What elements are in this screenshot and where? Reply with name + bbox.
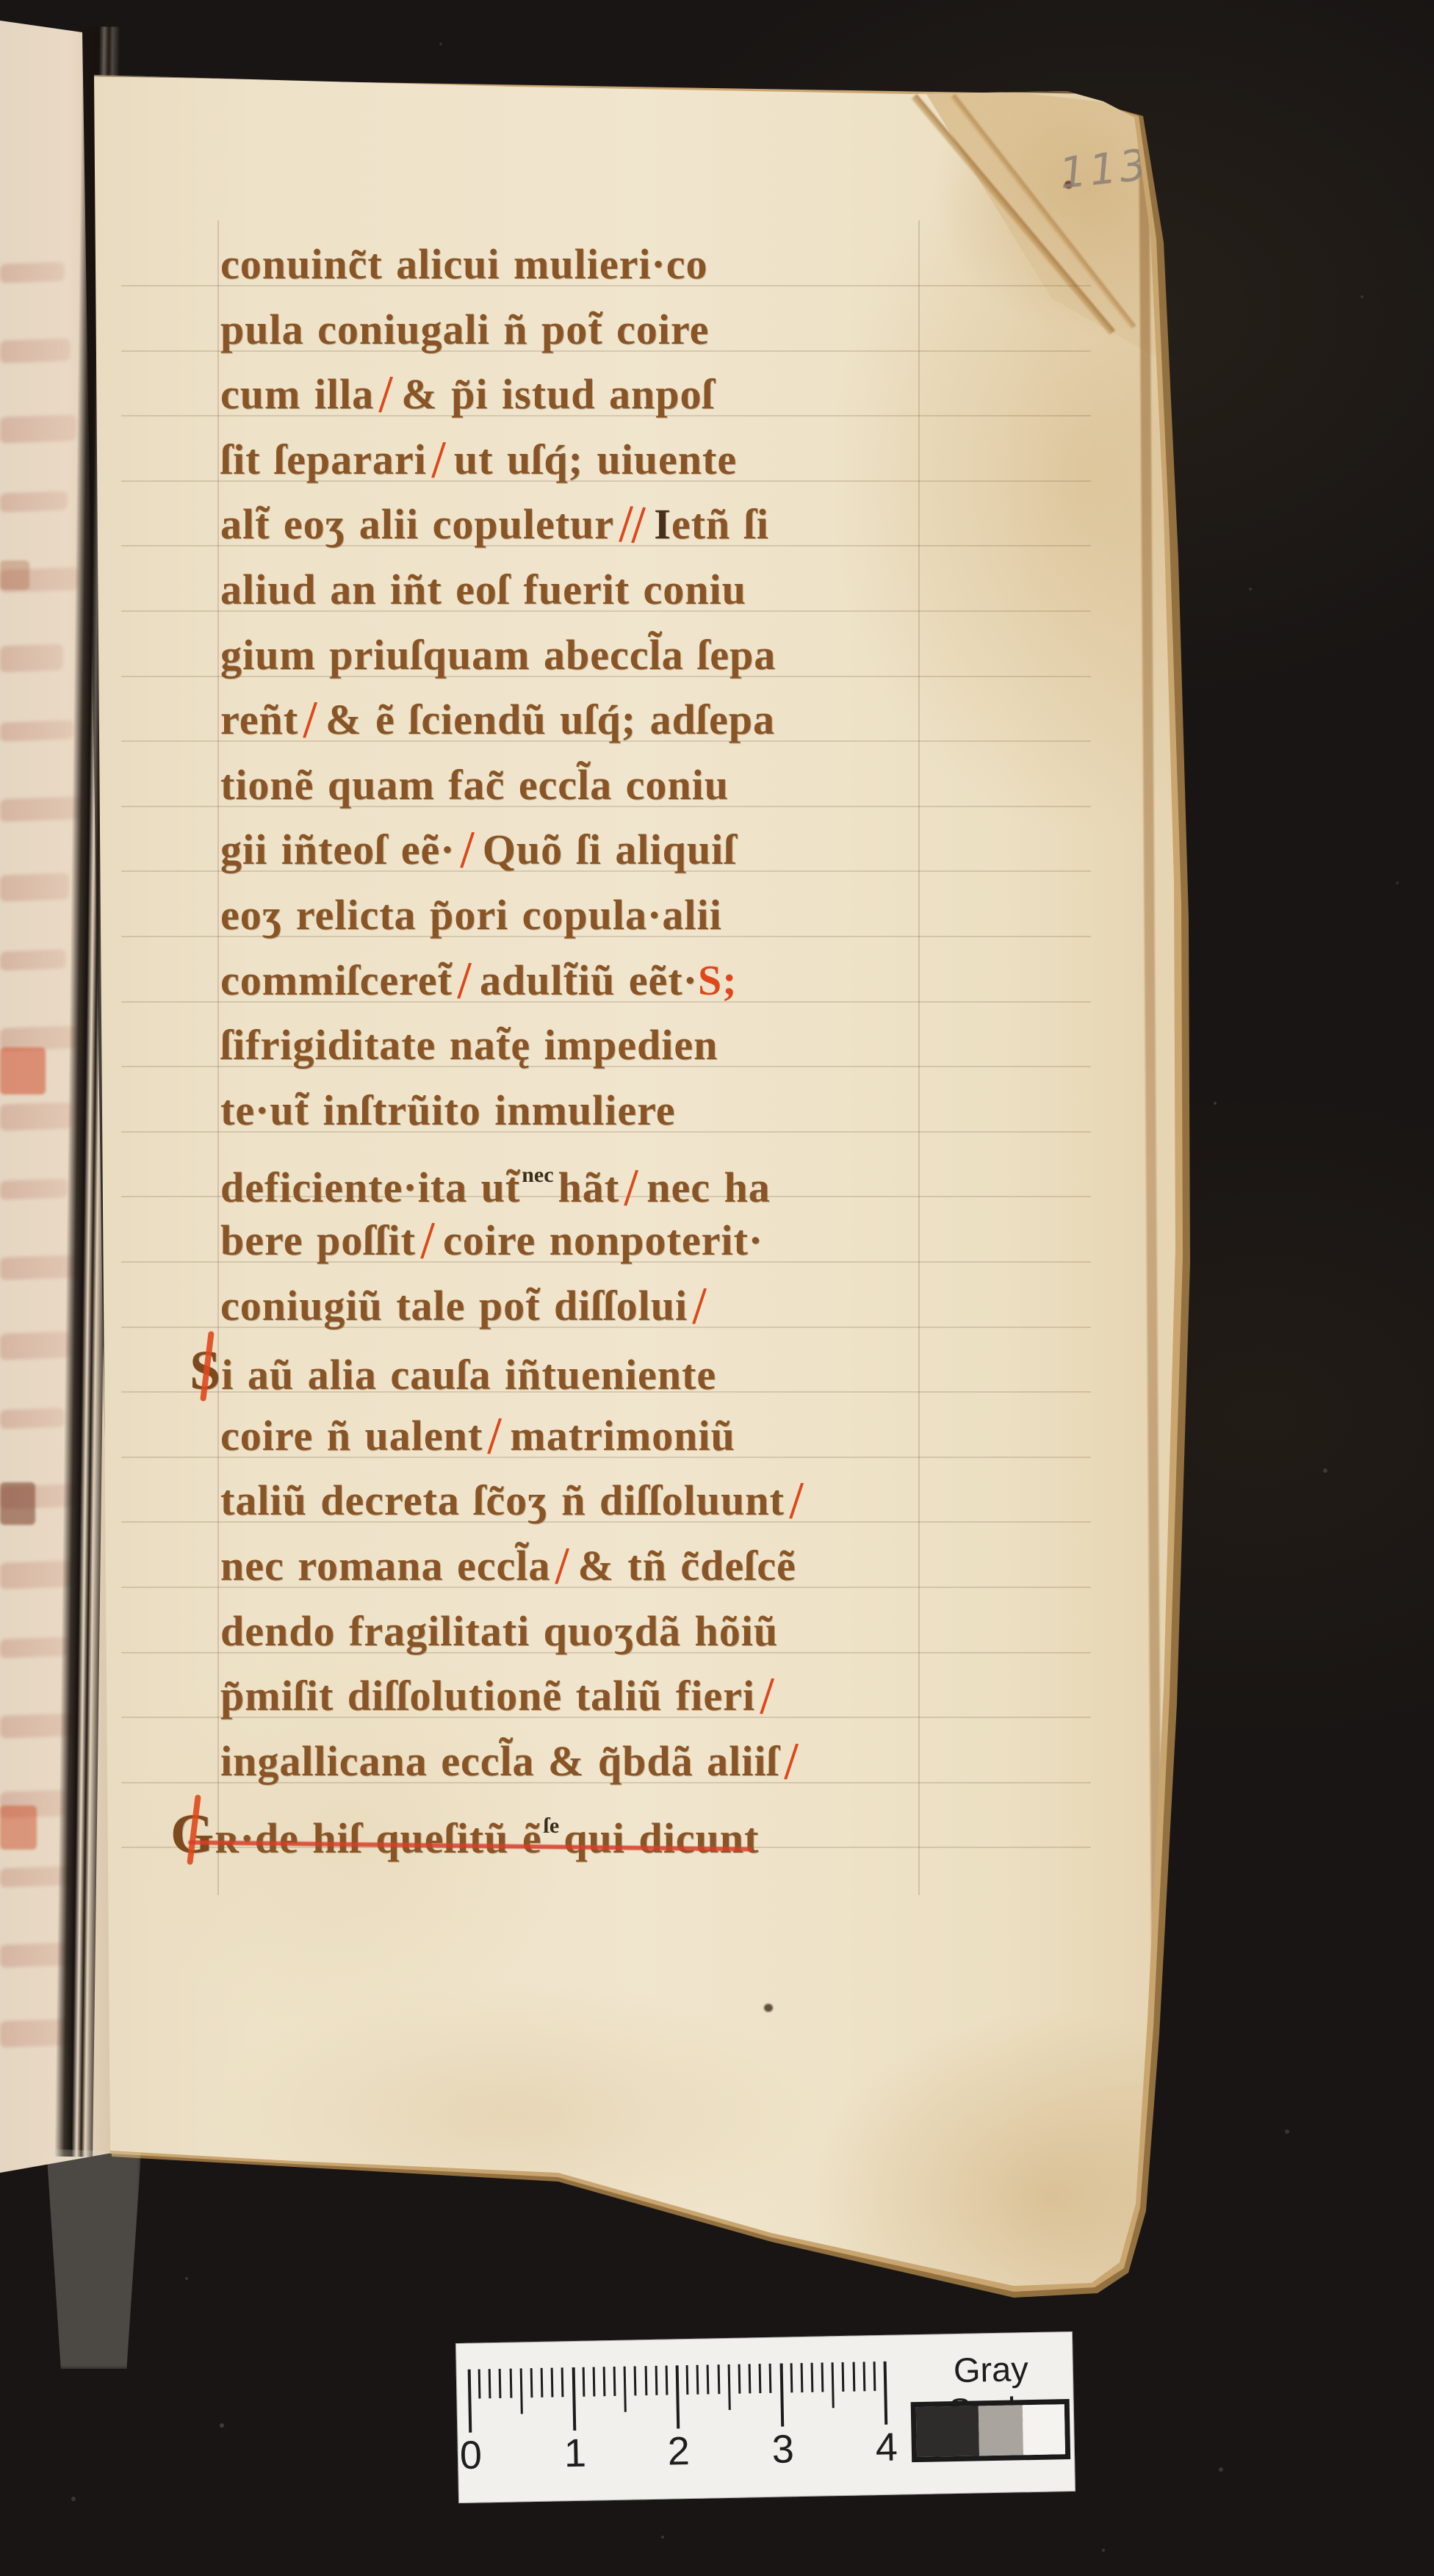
ruler-tick <box>499 2369 502 2398</box>
manuscript-page: conuinc̃t alicui mulieri·copula coniugal… <box>0 0 1434 2576</box>
ruler-tick <box>478 2369 481 2398</box>
show-through-text-row <box>0 949 66 970</box>
ruler-tick <box>801 2363 804 2392</box>
page-top-edge <box>88 72 1139 95</box>
interlinear-gloss: nec <box>522 1163 553 1187</box>
rubric-mark: / <box>788 1459 805 1543</box>
text-segment: cum illa <box>220 370 374 418</box>
text-segment: ut uſq́; uiuente <box>454 436 737 483</box>
ruler-tick <box>696 2365 699 2395</box>
manuscript-line: Si aũ alia cauſa iñtueniente <box>190 1338 716 1403</box>
manuscript-line: pula coniugali ñ pot̃ coire <box>220 297 709 362</box>
manuscript-line: commiſceret̃/adult̃iũ eẽt·S; <box>220 948 738 1013</box>
folio-number: 113 <box>1057 140 1152 198</box>
text-segment: i aũ alia cauſa iñtueniente <box>221 1351 716 1399</box>
text-segment: hãt <box>558 1163 620 1211</box>
show-through-rubric-mark <box>0 560 29 590</box>
ruler-tick <box>613 2367 616 2396</box>
text-segment: matrimoniũ <box>510 1412 735 1460</box>
manuscript-line: cum illa/& p̃i istud anpoſ <box>220 362 715 427</box>
manuscript-line: eoʒ relicta p̃ori copula·alii <box>220 883 722 948</box>
slashed-initial: S <box>190 1338 221 1403</box>
show-through-rubric-mark <box>0 1047 46 1094</box>
ruler-tick <box>853 2362 856 2392</box>
rubric-mark: / <box>302 678 319 762</box>
ruler-tick <box>489 2369 491 2398</box>
manuscript-line: deficiente·ita ut̃nechãt/nec ha <box>220 1143 771 1208</box>
text-segment: adult̃iũ eẽt· <box>480 956 698 1004</box>
show-through-text-row <box>0 720 73 741</box>
text-segment: taliũ decreta ſc̃oʒ ñ diſſoluunt <box>220 1476 785 1524</box>
text-segment: gii iñteoſ eẽ· <box>220 826 455 873</box>
text-segment: pula coniugali ñ pot̃ coire <box>220 306 709 353</box>
ruler-tick <box>510 2369 513 2398</box>
ruler-tick <box>551 2368 554 2398</box>
ruler-tick <box>655 2366 658 2395</box>
manuscript-line: bere poſſit/coire nonpoterit· <box>220 1208 763 1273</box>
ruler-tick <box>738 2364 741 2394</box>
text-segment: gium priuſquam abeccl̃a ſepa <box>220 631 776 679</box>
text-segment: coire nonpoterit· <box>443 1216 763 1264</box>
show-through-text-row <box>0 1178 68 1199</box>
rubric-mark: / <box>486 1394 503 1478</box>
text-segment: reñt <box>220 696 298 743</box>
ruler-tick <box>863 2362 866 2391</box>
show-through-text-row <box>0 1637 69 1658</box>
ruler-tick <box>676 2365 680 2428</box>
ruler-number: 1 <box>552 2430 597 2476</box>
ruler-tick <box>769 2364 772 2393</box>
ruler-tick <box>468 2370 472 2433</box>
manuscript-line: aliud an iñt eoſ fuerit coniu <box>220 558 746 622</box>
text-segment: coire ñ ualent <box>220 1412 483 1460</box>
manuscript-line: gii iñteoſ eẽ·/Quõ ſi aliquiſ <box>220 818 736 882</box>
ruler-tick <box>530 2368 533 2398</box>
text-segment: & tñ c̃deſcẽ <box>577 1542 796 1590</box>
ruler-card: 01234 Gray Scale <box>455 2331 1075 2503</box>
manuscript-line: alt̃ eoʒ alii copuletur//Ietñ ſi <box>220 492 769 557</box>
show-through-text-row <box>0 261 65 283</box>
text-segment: aliud an iñt eoſ fuerit coniu <box>220 566 746 613</box>
rubric-mark: / <box>691 1264 708 1348</box>
show-through-text-row <box>0 1407 65 1429</box>
ink-speck <box>764 2004 773 2012</box>
ruler-tick <box>821 2362 824 2392</box>
text-segment: eoʒ relicta p̃ori copula·alii <box>220 891 722 939</box>
rubric-mark: / <box>554 1524 571 1608</box>
text-segment: ʀ·de hiſ queſitũ ẽ <box>215 1814 541 1862</box>
manuscript-line: dendo fragilitati quoʒdã hõiũ <box>220 1599 778 1664</box>
manuscript-line: ſit ſeparari/ut uſq́; uiuente <box>220 427 737 492</box>
ruler-number: 0 <box>448 2432 493 2478</box>
ruler-tick <box>520 2368 523 2414</box>
rubric-mark: / <box>759 1654 776 1738</box>
ruler-tick <box>645 2366 648 2395</box>
text-segment: ingallicana eccl̃a & q̃bdã aliiſ <box>220 1737 779 1785</box>
text-segment: ſifrigiditate nat̃ę impedien <box>220 1021 718 1069</box>
manuscript-line: p̃miſit diſſolutionẽ taliũ fieri/ <box>220 1664 782 1728</box>
text-segment: conuinc̃t alicui mulieri·co <box>220 240 708 288</box>
text-segment: dendo fragilitati quoʒdã hõiũ <box>220 1607 778 1655</box>
ruler-number: 2 <box>656 2428 701 2475</box>
ruler-number: 3 <box>760 2426 805 2472</box>
gray-scale-patch-black <box>916 2406 979 2457</box>
rubric-mark: S; <box>698 956 738 1004</box>
text-segment: ſit ſeparari <box>220 436 427 483</box>
show-through-text-row <box>0 414 76 444</box>
rubric-mark: / <box>430 418 447 502</box>
text-segment: deficiente·ita ut̃ <box>220 1163 520 1211</box>
text-segment: Quõ ſi aliquiſ <box>483 826 737 873</box>
manuscript-line: ſifrigiditate nat̃ę impedien <box>220 1013 718 1078</box>
ruler-tick <box>707 2364 710 2394</box>
rubric-mark: / <box>419 1199 436 1282</box>
ruler-tick <box>842 2362 845 2392</box>
text-segment: etñ ſi <box>671 500 769 548</box>
ruler-number: 4 <box>864 2424 909 2470</box>
ruling-line-vertical <box>918 220 920 1895</box>
text-segment: commiſceret̃ <box>220 956 453 1004</box>
show-through-rubric-mark <box>0 1482 35 1525</box>
text-segment: te·ut̃ inſtrũito inmuliere <box>220 1086 676 1134</box>
ruler-tick <box>561 2367 564 2397</box>
ruler-tick <box>666 2366 669 2395</box>
ruler-tick <box>884 2362 888 2425</box>
ruler-tick <box>593 2367 596 2396</box>
ruler-tick <box>780 2364 785 2427</box>
show-through-rubric-mark <box>0 1805 37 1850</box>
show-through-text-row <box>0 491 68 512</box>
rubric-mark: / <box>783 1720 800 1803</box>
manuscript-line: coire ñ ualent/matrimoniũ <box>220 1404 735 1468</box>
manuscript-line: ingallicana eccl̃a & q̃bdã aliiſ/ <box>220 1729 807 1794</box>
tissue-interleaf <box>38 2149 141 2369</box>
ruler-tick <box>790 2363 793 2392</box>
ruler-tick <box>811 2363 814 2392</box>
rubric-mark: / <box>378 353 394 436</box>
ruler-tick <box>572 2367 577 2431</box>
show-through-text-row <box>0 338 71 363</box>
ruler-tick <box>759 2364 762 2393</box>
text-segment: bere poſſit <box>220 1216 416 1264</box>
text-segment: coniugiũ tale pot̃ diſſolui <box>220 1282 688 1330</box>
ruling-line-vertical <box>217 220 219 1895</box>
ruler-numbers: 01234 <box>455 2331 1073 2343</box>
rubric-mark: / <box>456 939 473 1022</box>
text-segment: I <box>654 500 671 548</box>
show-through-text-row <box>0 796 82 822</box>
text-segment: & p̃i istud anpoſ <box>401 370 714 418</box>
ruler-tick <box>686 2365 689 2395</box>
manuscript-line: tionẽ quam fac̃ eccl̃a coniu <box>220 753 729 818</box>
text-segment: nec ha <box>646 1163 771 1211</box>
text-segment: nec romana eccl̃a <box>220 1542 550 1590</box>
ruler-tick <box>832 2362 835 2408</box>
manuscript-line: reñt/& ẽ ſciendũ uſq́; adſepa <box>220 688 775 752</box>
gray-scale-patch-white <box>1023 2404 1065 2455</box>
ruler-tick <box>718 2364 721 2394</box>
show-through-text-row <box>0 873 69 901</box>
rubric-mark: // <box>618 482 647 566</box>
ruler-ticks <box>455 2331 1073 2343</box>
manuscript-line: nec romana eccl̃a/& tñ c̃deſcẽ <box>220 1534 796 1598</box>
ruler-tick <box>873 2362 876 2391</box>
text-segment: tionẽ quam fac̃ eccl̃a coniu <box>220 761 729 809</box>
manuscript-line: conuinc̃t alicui mulieri·co <box>220 232 708 297</box>
background-fiber-specks <box>0 0 3 3</box>
ruler-tick <box>603 2367 606 2396</box>
slashed-initial: G <box>170 1802 215 1866</box>
manuscript-line: taliũ decreta ſc̃oʒ ñ diſſoluunt/ <box>220 1468 812 1533</box>
text-segment: p̃miſit diſſolutionẽ taliũ fieri <box>220 1672 755 1720</box>
ruler-tick <box>541 2368 544 2398</box>
manuscript-line: coniugiũ tale pot̃ diſſolui/ <box>220 1274 715 1338</box>
ruler-tick <box>583 2367 586 2397</box>
ruler-tick <box>634 2366 637 2395</box>
ruler-tick <box>749 2364 752 2393</box>
ruler-tick <box>624 2367 627 2412</box>
text-segment: qui dicunt <box>563 1814 759 1862</box>
gray-scale-patch-gray <box>979 2405 1024 2456</box>
show-through-text-row <box>0 1102 72 1130</box>
interlinear-gloss: ſe <box>544 1814 560 1838</box>
rubric-mark: / <box>459 808 476 892</box>
manuscript-line: te·ut̃ inſtrũito inmuliere <box>220 1078 676 1143</box>
text-segment: & ẽ ſciendũ uſq́; adſepa <box>325 696 775 743</box>
gray-scale-patches <box>911 2399 1071 2462</box>
show-through-text-row <box>0 643 63 672</box>
text-segment: alt̃ eoʒ alii copuletur <box>220 500 614 548</box>
show-through-text-row <box>0 1331 71 1360</box>
manuscript-line: gium priuſquam abeccl̃a ſepa <box>220 623 776 688</box>
ruler-tick <box>728 2364 731 2410</box>
manuscript-photo: conuinc̃t alicui mulieri·copula coniugal… <box>0 0 1434 2576</box>
